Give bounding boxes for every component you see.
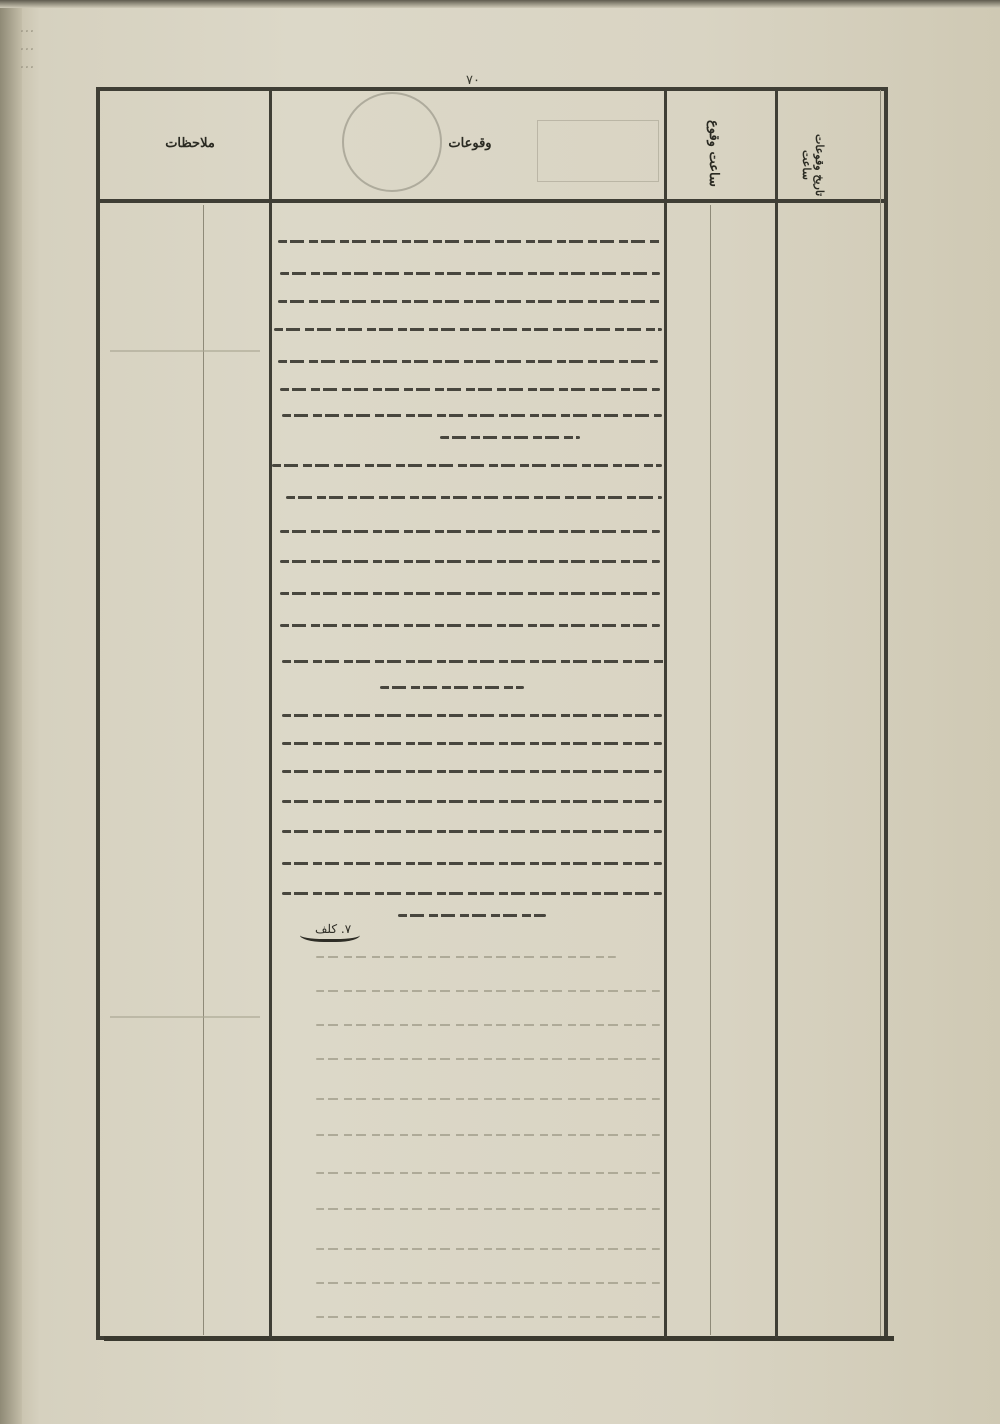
handwriting-line	[282, 770, 662, 773]
handwriting-line	[282, 414, 662, 417]
bleed-through-line	[316, 1058, 660, 1060]
handwriting-line	[280, 530, 660, 533]
handwriting-line	[280, 388, 660, 391]
signature-text: ٧. كلف	[315, 922, 351, 936]
handwriting-line	[282, 660, 666, 663]
bleed-through-line	[316, 1134, 660, 1136]
archive-note-line: …	[20, 18, 120, 36]
time-subdivider	[710, 205, 711, 1335]
page-number: ٧٠	[466, 73, 480, 88]
bleed-through-remarks	[110, 1016, 260, 1018]
column-divider-time-date	[775, 90, 778, 1338]
handwriting-line	[282, 800, 662, 803]
handwriting-line	[380, 686, 524, 689]
book-spine-shadow	[0, 0, 22, 1424]
page-top-edge	[0, 0, 1000, 8]
header-divider	[100, 199, 884, 203]
archive-note-line: …	[20, 36, 120, 54]
bleed-through-line	[316, 1024, 660, 1026]
handwriting-line	[440, 436, 580, 439]
handwriting-line	[398, 914, 546, 917]
remarks-subdivider	[203, 205, 204, 1335]
handwriting-line	[282, 742, 662, 745]
handwriting-line	[278, 240, 662, 243]
bleed-through-line	[316, 1248, 660, 1250]
bleed-through-line	[316, 990, 660, 992]
handwriting-line	[282, 862, 662, 865]
bleed-through-line	[316, 1098, 660, 1100]
handwriting-line	[280, 272, 660, 275]
bleed-through-line	[316, 956, 616, 958]
scanned-page: … … … ٧٠ ملاحظات وقوعات ساعت وقوع تاریخ …	[0, 0, 1000, 1424]
bleed-through-remarks	[110, 350, 260, 352]
column-divider-remarks-events	[269, 90, 272, 1338]
archive-note-line: …	[20, 54, 120, 72]
faded-stamp-box	[537, 120, 659, 182]
handwriting-line	[280, 560, 660, 563]
header-events: وقوعات	[400, 136, 540, 151]
handwriting-line	[282, 830, 662, 833]
column-divider-events-time	[664, 90, 667, 1338]
handwriting-line	[274, 328, 662, 331]
header-remarks: ملاحظات	[125, 136, 255, 151]
bleed-through-line	[316, 1316, 660, 1318]
handwriting-line	[280, 592, 660, 595]
handwriting-line	[272, 464, 662, 467]
header-date: تاریخ وقوعات ساعت	[800, 130, 826, 200]
date-subdivider	[880, 90, 881, 1336]
handwriting-line	[282, 892, 662, 895]
handwriting-line	[278, 360, 658, 363]
archive-pencil-note: … … …	[20, 18, 120, 72]
bleed-through-line	[316, 1282, 660, 1284]
handwriting-line	[286, 496, 662, 499]
bleed-through-line	[316, 1208, 660, 1210]
handwriting-line	[278, 300, 662, 303]
header-time: ساعت وقوع	[706, 118, 721, 188]
handwriting-line	[282, 714, 662, 717]
handwriting-line	[280, 624, 660, 627]
bleed-through-line	[316, 1172, 660, 1174]
